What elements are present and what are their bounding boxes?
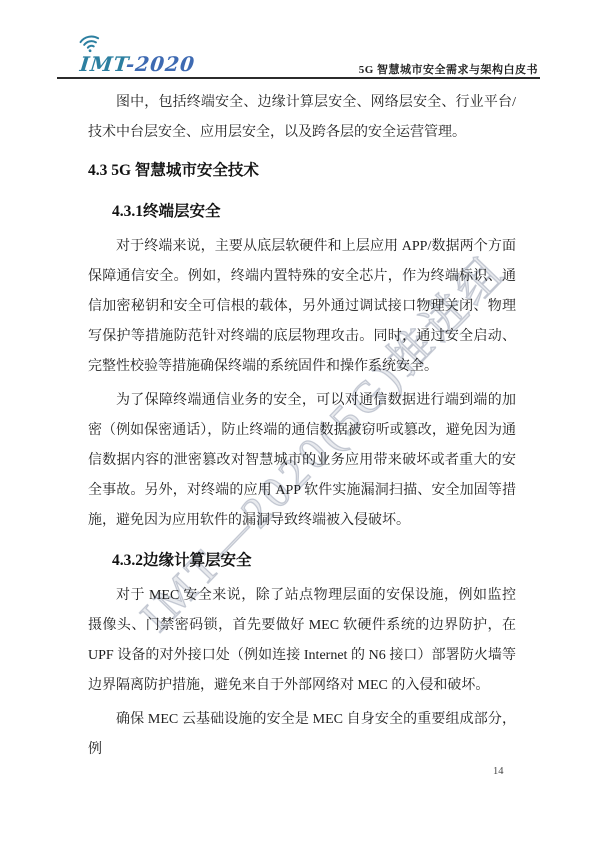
header-divider: [57, 77, 540, 79]
page-number: 14: [493, 766, 504, 777]
document-body: 图中，包括终端安全、边缘计算层安全、网络层安全、行业平台/技术中台层安全、应用层…: [88, 88, 516, 769]
logo-text-imt: IMT: [79, 52, 128, 76]
imt-2020-logo: IMT-2020: [80, 40, 195, 78]
document-header-title: 5G 智慧城市安全需求与架构白皮书: [359, 61, 538, 77]
paragraph-mec-security-2: 确保 MEC 云基础设施的安全是 MEC 自身安全的重要组成部分，例: [88, 705, 516, 765]
section-heading-4-3: 4.3 5G 智慧城市安全技术: [88, 156, 516, 186]
logo-text: IMT-2020: [79, 52, 197, 76]
subsection-heading-4-3-1: 4.3.1终端层安全: [112, 197, 516, 227]
document-page: IMT—2020(5G)推进组 IMT-2020 5G 智慧城市安全需求与架构白…: [0, 0, 600, 848]
logo-text-year: -2020: [125, 52, 196, 76]
paragraph-intro: 图中，包括终端安全、边缘计算层安全、网络层安全、行业平台/技术中台层安全、应用层…: [88, 88, 516, 148]
paragraph-terminal-security-1: 对于终端来说，主要从底层软硬件和上层应用 APP/数据两个方面保障通信安全。例如…: [88, 232, 516, 382]
paragraph-terminal-security-2: 为了保障终端通信业务的安全，可以对通信数据进行端到端的加密（例如保密通话），防止…: [88, 386, 516, 536]
subsection-heading-4-3-2: 4.3.2边缘计算层安全: [112, 546, 516, 576]
paragraph-mec-security-1: 对于 MEC 安全来说，除了站点物理层面的安保设施，例如监控摄像头、门禁密码锁，…: [88, 581, 516, 701]
